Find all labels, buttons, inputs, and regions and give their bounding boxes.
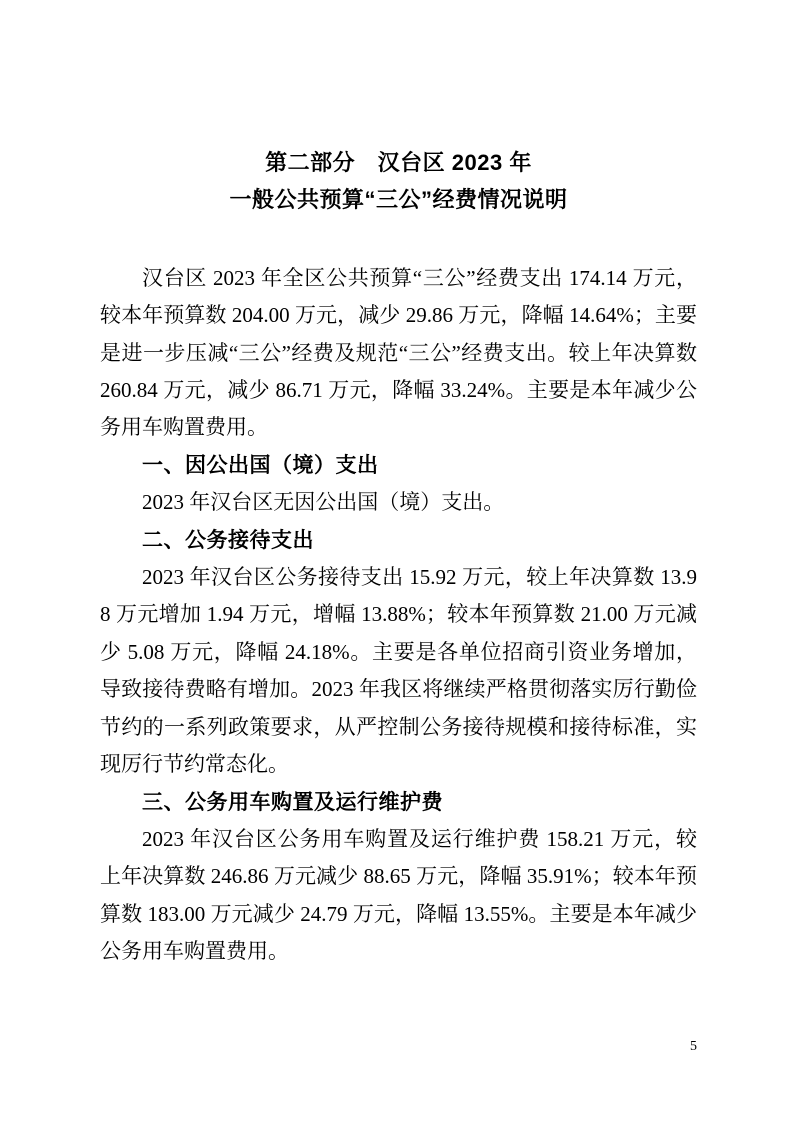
- section-1-heading: 一、因公出国（境）支出: [100, 447, 697, 484]
- section-3-paragraph: 2023 年汉台区公务用车购置及运行维护费 158.21 万元，较上年决算数 2…: [100, 821, 697, 971]
- title-line-1: 第二部分 汉台区 2023 年: [100, 144, 697, 181]
- page-number: 5: [690, 1038, 697, 1056]
- overview-paragraph: 汉台区 2023 年全区公共预算“三公”经费支出 174.14 万元，较本年预算…: [100, 260, 697, 447]
- section-3-heading: 三、公务用车购置及运行维护费: [100, 784, 697, 821]
- document-content: 第二部分 汉台区 2023 年 一般公共预算“三公”经费情况说明 汉台区 202…: [100, 144, 697, 971]
- section-1-paragraph: 2023 年汉台区无因公出国（境）支出。: [100, 484, 697, 521]
- title-line-2: 一般公共预算“三公”经费情况说明: [100, 181, 697, 218]
- section-2-heading: 二、公务接待支出: [100, 522, 697, 559]
- document-title: 第二部分 汉台区 2023 年 一般公共预算“三公”经费情况说明: [100, 144, 697, 219]
- document-page: 第二部分 汉台区 2023 年 一般公共预算“三公”经费情况说明 汉台区 202…: [0, 0, 793, 1122]
- section-2-paragraph: 2023 年汉台区公务接待支出 15.92 万元，较上年决算数 13.98 万元…: [100, 559, 697, 783]
